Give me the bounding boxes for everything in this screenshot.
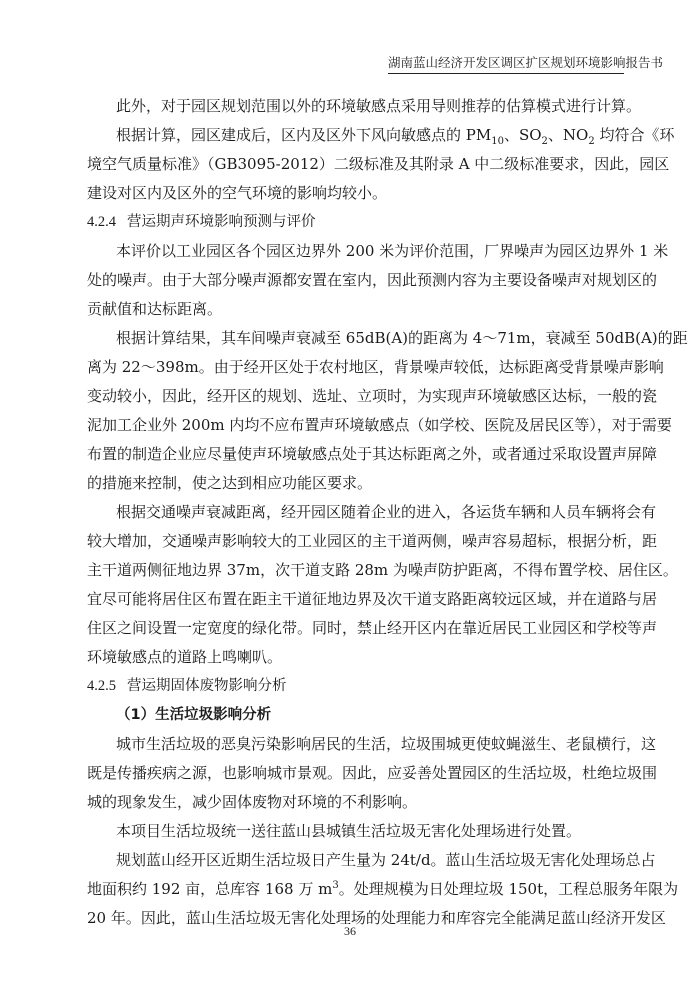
paragraph-line: 的措施来控制，使之达到相应功能区要求。 [87,469,621,498]
subsection-heading: （1）生活垃圾影响分析 [87,701,621,730]
paragraph-line: 根据计算，园区建成后，区内及区外下风向敏感点的 PM10、SO2、NO2 均符合… [87,121,621,150]
paragraph-line: 变动较小，因此，经开区的规划、选址、立项时，为实现声环境敏感区达标，一般的瓷 [87,382,621,411]
paragraph-line: 泥加工企业外 200m 内均不应布置声环境敏感点（如学校、医院及居民区等），对于… [87,411,621,440]
paragraph-line: 根据交通噪声衰减距离，经开园区随着企业的进入，各运货车辆和人员车辆将会有 [87,498,621,527]
paragraph-line: 本项目生活垃圾统一送往蓝山县城镇生活垃圾无害化处理场进行处置。 [87,817,621,846]
paragraph-line: 处的噪声。由于大部分噪声源都安置在室内，因此预测内容为主要设备噪声对规划区的 [87,266,621,295]
paragraph-line: 较大增加，交通噪声影响较大的工业园区的主干道两侧，噪声容易超标，根据分析，距 [87,527,621,556]
page-body: 此外，对于园区规划范围以外的环境敏感点采用导则推荐的估算模式进行计算。 根据计算… [87,92,621,933]
text-span: 。处理规模为日处理垃圾 150t，工程总服务年限为 [339,880,678,898]
paragraph-line: 城的现象发生，减少固体废物对环境的不利影响。 [87,788,621,817]
text-span: 均符合《环 [595,126,675,144]
text-span: 、SO [504,126,542,144]
paragraph-line: 此外，对于园区规划范围以外的环境敏感点采用导则推荐的估算模式进行计算。 [87,92,621,121]
text-span: 、NO [548,126,588,144]
section-title: 营运期固体废物影响分析 [127,678,287,694]
paragraph-line: 主干道两侧征地边界 37m，次干道支路 28m 为噪声防护距离，不得布置学校、居… [87,556,621,585]
text-span: 根据计算，园区建成后，区内及区外下风向敏感点的 PM [116,126,491,144]
paragraph-line: 城市生活垃圾的恶臭污染影响居民的生活，垃圾围城更使蚊蝇滋生、老鼠横行，这 [87,730,621,759]
page-number: 36 [0,924,700,939]
paragraph-line: 离为 22～398m。由于经开区处于农村地区，背景噪声较低，达标距离受背景噪声影… [87,353,621,382]
paragraph-line: 贡献值和达标距离。 [87,295,621,324]
running-header-title: 湖南蓝山经济开发区调区扩区规划环境影响报告书 [388,55,663,70]
paragraph-line: 布置的制造企业应尽量使声环境敏感点处于其达标距离之外，或者通过采取设置声屏障 [87,440,621,469]
section-number: 4.2.4 [87,208,127,237]
section-heading-4-2-5: 4.2.5营运期固体废物影响分析 [87,672,621,701]
paragraph-line: 地面积约 192 亩，总库容 168 万 m3。处理规模为日处理垃圾 150t，… [87,875,621,904]
text-span: 地面积约 192 亩，总库容 168 万 m [87,880,332,898]
subscript: 10 [491,136,504,147]
section-number: 4.2.5 [87,672,127,701]
section-heading-4-2-4: 4.2.4营运期声环境影响预测与评价 [87,208,621,237]
paragraph-line: 住区之间设置一定宽度的绿化带。同时，禁止经开区内在靠近居民工业园区和学校等声 [87,614,621,643]
paragraph-line: 既是传播疾病之源，也影响城市景观。因此，应妥善处置园区的生活垃圾，杜绝垃圾围 [87,759,621,788]
running-header: 湖南蓝山经济开发区调区扩区规划环境影响报告书 [388,55,624,74]
section-title: 营运期声环境影响预测与评价 [127,214,316,230]
paragraph-line: 环境敏感点的道路上鸣喇叭。 [87,643,621,672]
paragraph-line: 宜尽可能将居住区布置在距主干道征地边界及次干道支路距离较远区域，并在道路与居 [87,585,621,614]
paragraph-line: 规划蓝山经开区近期生活垃圾日产生量为 24t/d。蓝山生活垃圾无害化处理场总占 [87,846,621,875]
paragraph-line: 根据计算结果，其车间噪声衰减至 65dB(A)的距离为 4～71m，衰减至 50… [87,324,621,353]
paragraph-line: 境空气质量标准》（GB3095-2012）二级标准及其附录 A 中二级标准要求，… [87,150,621,179]
paragraph-line: 建设对区内及区外的空气环境的影响均较小。 [87,179,621,208]
paragraph-line: 本评价以工业园区各个园区边界外 200 米为评价范围，厂界噪声为园区边界外 1 … [87,237,621,266]
